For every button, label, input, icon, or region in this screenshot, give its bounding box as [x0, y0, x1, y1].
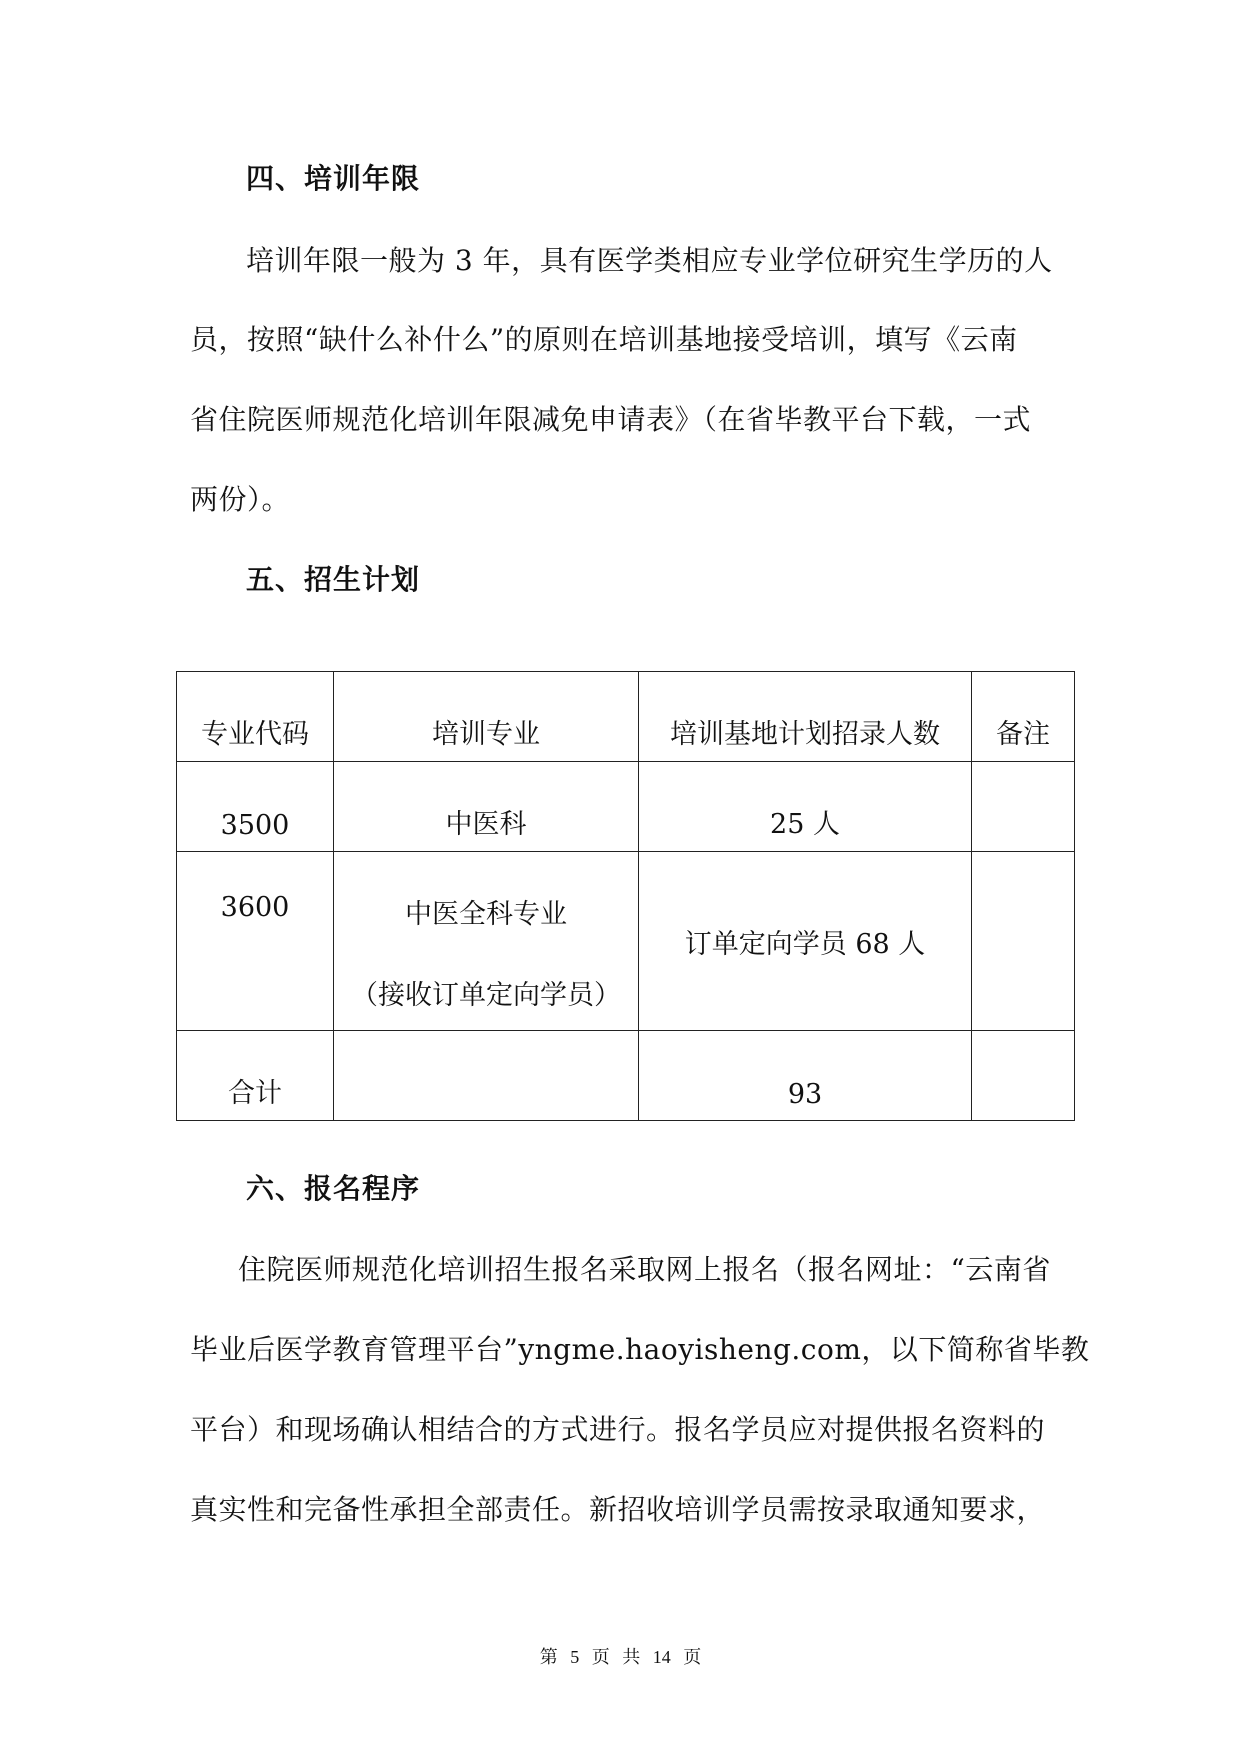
header-count: 培训基地计划招录人数 [639, 672, 972, 762]
paragraph-line: 毕业后医学教育管理平台”yngme.haoyisheng.com，以下简称省毕教 [190, 1328, 1070, 1368]
enrollment-plan-table: 专业代码 培训专业 培训基地计划招录人数 备注 3500 中医科 25 人 36… [176, 671, 1075, 1121]
cell-remark [972, 1031, 1075, 1121]
cell-code: 3500 [177, 762, 334, 852]
cell-major [334, 1031, 639, 1121]
paragraph-line: 省住院医师规范化培训年限减免申请表》（在省毕教平台下载，一式 [190, 398, 1070, 438]
header-major: 培训专业 [334, 672, 639, 762]
paragraph-line: 真实性和完备性承担全部责任。新招收培训学员需按录取通知要求， [190, 1488, 1070, 1528]
major-note: （接收订单定向学员） [334, 931, 638, 1012]
cell-remark [972, 762, 1075, 852]
cell-major: 中医科 [334, 762, 639, 852]
major-name: 中医全科专业 [334, 852, 638, 931]
paragraph-line: 住院医师规范化培训招生报名采取网上报名（报名网址：“云南省 [238, 1248, 1062, 1288]
cell-code: 3600 [177, 852, 334, 1031]
section-heading-training-years: 四、培训年限 [246, 157, 420, 197]
table-row: 3600 中医全科专业 （接收订单定向学员） 订单定向学员 68 人 [177, 852, 1075, 1031]
section-heading-registration: 六、报名程序 [246, 1167, 420, 1207]
paragraph-line: 培训年限一般为 3 年，具有医学类相应专业学位研究生学历的人 [246, 239, 1070, 279]
header-remark: 备注 [972, 672, 1075, 762]
cell-major: 中医全科专业 （接收订单定向学员） [334, 852, 639, 1031]
table-header-row: 专业代码 培训专业 培训基地计划招录人数 备注 [177, 672, 1075, 762]
section-heading-enrollment-plan: 五、招生计划 [246, 558, 420, 598]
cell-code: 合计 [177, 1031, 334, 1121]
page-number: 第 5 页 共 14 页 [0, 1643, 1241, 1669]
cell-count: 93 [639, 1031, 972, 1121]
cell-count: 订单定向学员 68 人 [639, 852, 972, 1031]
header-code: 专业代码 [177, 672, 334, 762]
paragraph-line: 员，按照“缺什么补什么”的原则在培训基地接受培训，填写《云南 [190, 318, 1070, 358]
cell-count: 25 人 [639, 762, 972, 852]
table-row: 3500 中医科 25 人 [177, 762, 1075, 852]
cell-remark [972, 852, 1075, 1031]
paragraph-line: 两份）。 [190, 478, 1070, 518]
table-total-row: 合计 93 [177, 1031, 1075, 1121]
paragraph-line: 平台）和现场确认相结合的方式进行。报名学员应对提供报名资料的 [190, 1408, 1070, 1448]
